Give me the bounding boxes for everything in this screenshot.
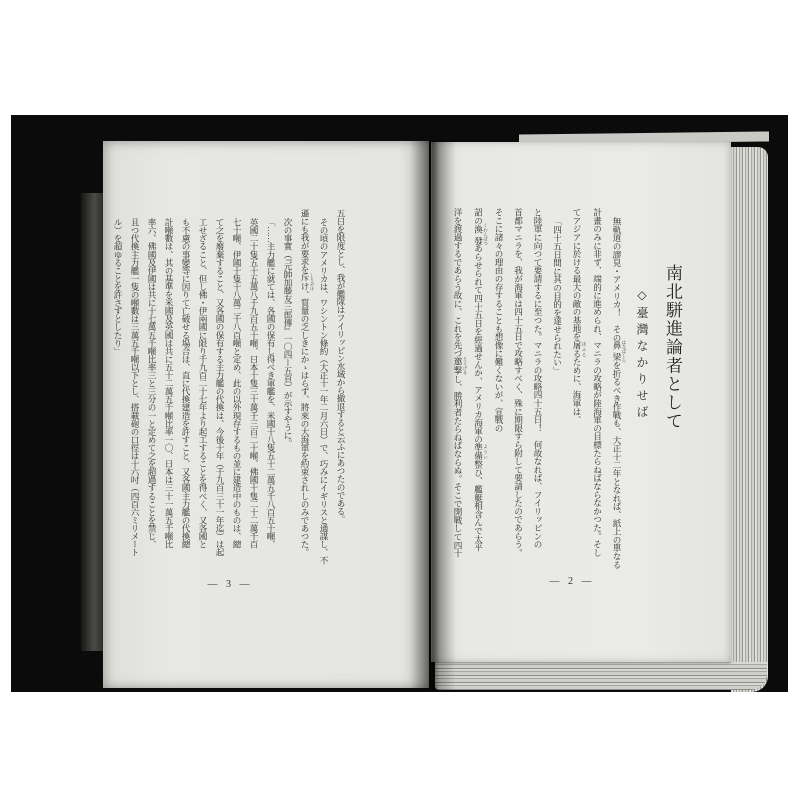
text-column: と陸軍に向つて要請するに至つた。マニラの攻略四十五日！ 何故なれば、フイリッピン…: [528, 208, 548, 570]
text-column: 英國二十隻五十五萬八千九百五十噸、日本十隻三十萬千三百二十噸、佛國十隻二十二萬千…: [245, 209, 262, 567]
book-page-right: 南北駢進論者として ◇臺灣なかりせば 無軌道の謬見・アメリカ！ その鼻梁はなばし…: [431, 142, 731, 662]
book-photo-background: 五日を限度とし、我が艦隊はフイリッピン水域から撤退すると云ふにあつたのである。そ…: [11, 115, 788, 692]
text-column: 「四十五日間に其の目的を達せられたい」: [547, 208, 567, 570]
page-bottom-edge-stack: [435, 662, 767, 690]
text-column: 洋を渡過するであらう故に、これを先づ邀撃えうげきし、勝利者たらねばならぬ。そこで…: [448, 208, 469, 570]
text-column: 五日を限度とし、我が艦隊はフイリッピン水域から撤退すると云ふにあつたのである。: [332, 209, 349, 567]
left-page-text: 五日を限度とし、我が艦隊はフイリッピン水域から撤退すると云ふにあつたのである。そ…: [109, 209, 349, 567]
text-column: 詔の渙發くわんぱつあらせられて四十五日を經過せんか、アメリカ海軍の準備ようい整ひ…: [468, 208, 489, 570]
text-column: て之を廢棄すること、又各國の保有する主力艦の代換は、今後十年（千九百三十一年迄）…: [211, 209, 228, 567]
text-column: 遜にも我が要求を斥けしりぞけ、質量の乏しきにかゝはらず、將來の大海軍を約束されし…: [296, 209, 315, 567]
text-column: 計畫のみに非ず、端的に進められ、マニラの攻略が陸海軍の目標たらねばならなかつた。…: [587, 208, 607, 570]
text-column: 次の事實（『元帥加藤友三郎傳』一〇四ー五頁）が示すやうに。: [279, 209, 296, 567]
text-column: 無軌道の謬見・アメリカ！ その鼻梁はなばしらを折るべき作戰も、大正十二年となれば…: [607, 208, 628, 570]
text-column: そこに諸々の理由の存することも想像に難くないが、宣戰の: [489, 208, 509, 570]
text-column: 計噸數は、其の基準を米國及英國は共に五十二萬五千噸比率一〇、日本は三十一萬五千噸…: [160, 209, 177, 567]
text-column: ル）を超ゆることを許さずとしたり」: [109, 209, 126, 567]
scanned-book-photo-page: { "book": { "right_page": { "page_number…: [0, 0, 800, 800]
text-column: も不慮の事變等に因りて亡破せる場合は、直に代換建造を許すこと、又各國主力艦の代換…: [177, 209, 194, 567]
text-column: その頃のアメリカは、ワシントン條約（大正十一年二月六日）で、巧みにイギリスと通謀…: [315, 209, 332, 567]
page-number-right: — 2 —: [517, 576, 627, 587]
text-column: 率六、佛國及伊國は共に十七萬五千噸比率三と三分の一と定めて之を超過することを禁じ…: [143, 209, 160, 567]
text-column: 且つ代換主力艦一隻の噸數は三萬五千噸以下とし、搭載砲の口徑は十六吋（四百六ミリメ…: [126, 209, 143, 567]
right-page-text: 南北駢進論者として ◇臺灣なかりせば 無軌道の謬見・アメリカ！ その鼻梁はなばし…: [448, 208, 690, 570]
book-page-left: 五日を限度とし、我が艦隊はフイリッピン水域から撤退すると云ふにあつたのである。そ…: [103, 141, 429, 688]
book-cover-edge: [81, 193, 105, 651]
page-number-left: — 3 —: [175, 579, 285, 590]
text-column: 「……主力艦に就ては、各國の保有し得べき軍艦を、米國十八隻五十二萬五千八百五十噸…: [262, 209, 279, 567]
text-column: 七十噸、伊國十隻十八萬二千八百噸と定め、此の以外現存するもの並に建造中のものは、…: [228, 209, 245, 567]
text-column: てアジアに於ける最大の敵の基地を屠るほふるために、海軍は、: [567, 208, 588, 570]
article-subtitle: ◇臺灣なかりせば: [627, 208, 656, 570]
page-fore-edge-stack: [731, 147, 768, 692]
text-column: 首都マニラを、我が海軍は四十五日で攻略すべく、殊に期限すら附して要請したのであら…: [508, 208, 528, 570]
text-column: 工せざること、但し佛・伊兩國に限り千九百二十七年より起工することを得べく、又各國…: [194, 209, 211, 567]
article-title: 南北駢進論者として: [656, 208, 689, 570]
